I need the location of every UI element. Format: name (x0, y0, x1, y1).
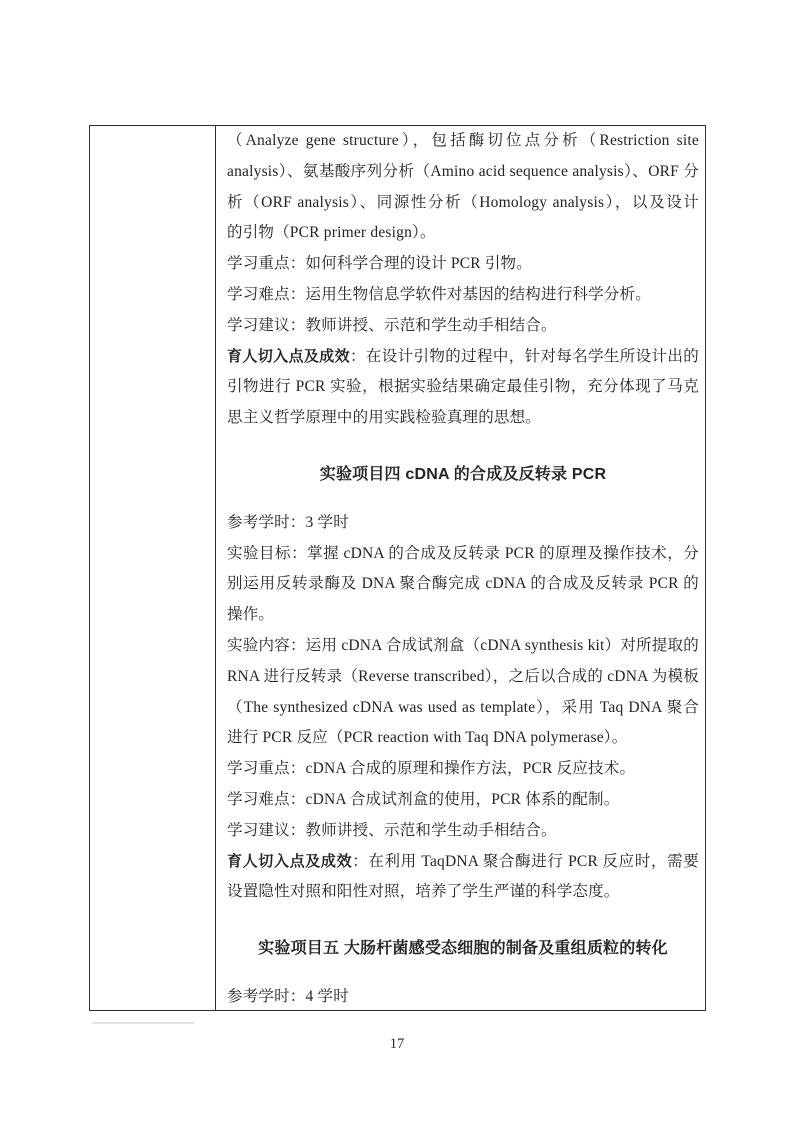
document-page: （Analyze gene structure），包括酶切位点分析（Restri… (0, 0, 794, 1123)
text-line: 实验内容：运用 cDNA 合成试剂盒（cDNA synthesis kit）对所… (227, 631, 699, 662)
text-line: 学习建议：教师讲授、示范和学生动手相结合。 (227, 311, 699, 342)
text-line: 析（ORF analysis）、同源性分析（Homology analysis）… (227, 188, 699, 219)
text-line: analysis）、氨基酸序列分析（Amino acid sequence an… (227, 157, 699, 188)
text-line: 思主义哲学原理中的用实践检验真理的思想。 (227, 403, 699, 434)
footnote-separator-line (92, 1022, 194, 1024)
text-line: 学习建议：教师讲授、示范和学生动手相结合。 (227, 816, 699, 847)
page-number: 17 (0, 1036, 794, 1053)
text-line: （The synthesized cDNA was used as templa… (227, 693, 699, 724)
text-line: 的引物（PCR primer design）。 (227, 218, 699, 249)
table-left-cell (90, 126, 216, 1010)
text-line: 学习重点：如何科学合理的设计 PCR 引物。 (227, 249, 699, 280)
text-line: 设置隐性对照和阳性对照，培养了学生严谨的科学态度。 (227, 877, 699, 908)
text-line: 引物进行 PCR 实验，根据实验结果确定最佳引物，充分体现了马克 (227, 372, 699, 403)
syllabus-table: （Analyze gene structure），包括酶切位点分析（Restri… (89, 125, 706, 1011)
text-line: （Analyze gene structure），包括酶切位点分析（Restri… (227, 126, 699, 157)
text-line: RNA 进行反转录（Reverse transcribed），之后以合成的 cD… (227, 662, 699, 693)
text-line: 操作。 (227, 600, 699, 631)
text-line: 学习难点：运用生物信息学软件对基因的结构进行科学分析。 (227, 280, 699, 311)
table-right-cell: （Analyze gene structure），包括酶切位点分析（Restri… (216, 126, 705, 1010)
text-line: 学习难点：cDNA 合成试剂盒的使用，PCR 体系的配制。 (227, 785, 699, 816)
text-line: 育人切入点及成效：在利用 TaqDNA 聚合酶进行 PCR 反应时，需要 (227, 847, 699, 878)
text-line: 参考学时：4 学时 (227, 982, 699, 1010)
text-line: 参考学时：3 学时 (227, 508, 699, 539)
section-heading: 实验项目四 cDNA 的合成及反转录 PCR (227, 460, 699, 491)
text-line: 别运用反转录酶及 DNA 聚合酶完成 cDNA 的合成及反转录 PCR 的 (227, 569, 699, 600)
text-line: 实验目标：掌握 cDNA 的合成及反转录 PCR 的原理及操作技术，分 (227, 539, 699, 570)
text-line: 学习重点：cDNA 合成的原理和操作方法，PCR 反应技术。 (227, 754, 699, 785)
text-line: 育人切入点及成效：在设计引物的过程中，针对每名学生所设计出的 (227, 342, 699, 373)
bold-lead-label: 育人切入点及成效 (227, 853, 352, 870)
section-heading: 实验项目五 大肠杆菌感受态细胞的制备及重组质粒的转化 (227, 934, 699, 965)
text-line: 进行 PCR 反应（PCR reaction with Taq DNA poly… (227, 723, 699, 754)
bold-lead-label: 育人切入点及成效 (227, 348, 350, 365)
